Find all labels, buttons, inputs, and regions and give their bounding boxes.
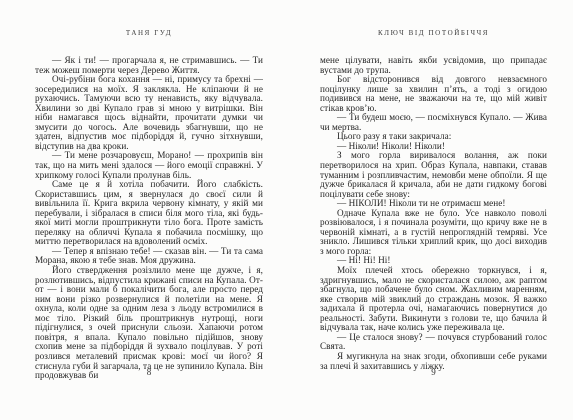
paragraph: мене цілувати, навіть якби усвідомив, що… (320, 56, 547, 75)
paragraph: Саме це я й хотіла побачити. Його слабкі… (35, 180, 263, 247)
running-head-left: ТАНЯ ГУД (35, 29, 263, 37)
right-page: КЛЮЧ ВІД ПОТОЙБІЧЧЯ мене цілувати, навіт… (287, 0, 573, 420)
paragraph: Очі-рубіни бога кохання — ні, примусу та… (35, 75, 263, 151)
page-number-left: 8 (35, 367, 263, 377)
paragraph: — Це сталося знову? — почувся стурбовани… (320, 333, 547, 352)
paragraph: Одначе Купала вже не було. Усе навколо п… (320, 209, 547, 257)
paragraph: Бог відсторонився від довгого невзаємног… (320, 75, 547, 113)
page-text-right: мене цілувати, навіть якби усвідомив, що… (320, 56, 547, 371)
paragraph: Моїх плечей хтось обережно торкнувся, і … (320, 266, 547, 333)
paragraph: — Ти мене розчаровуєш, Морано! — прохрип… (35, 151, 263, 180)
left-page: ТАНЯ ГУД — Як і ти! — прогарчала я, не с… (0, 0, 286, 420)
page-number-right: 9 (320, 367, 547, 377)
paragraph: З мого горла виривалося волання, аж поки… (320, 151, 547, 199)
book-spread: ТАНЯ ГУД — Як і ти! — прогарчала я, не с… (0, 0, 573, 420)
paragraph: Його ствердження розізлило мене ще дужче… (35, 266, 263, 381)
paragraph: — Ти будеш моєю, — посміхнувся Купало. —… (320, 113, 547, 132)
paragraph: — Тепер я впізнаю тебе! — сказав він. — … (35, 247, 263, 266)
paragraph: — Як і ти! — прогарчала я, не стримавшис… (35, 56, 263, 75)
page-text-left: — Як і ти! — прогарчала я, не стримавшис… (35, 56, 263, 381)
running-head-right: КЛЮЧ ВІД ПОТОЙБІЧЧЯ (320, 29, 547, 37)
